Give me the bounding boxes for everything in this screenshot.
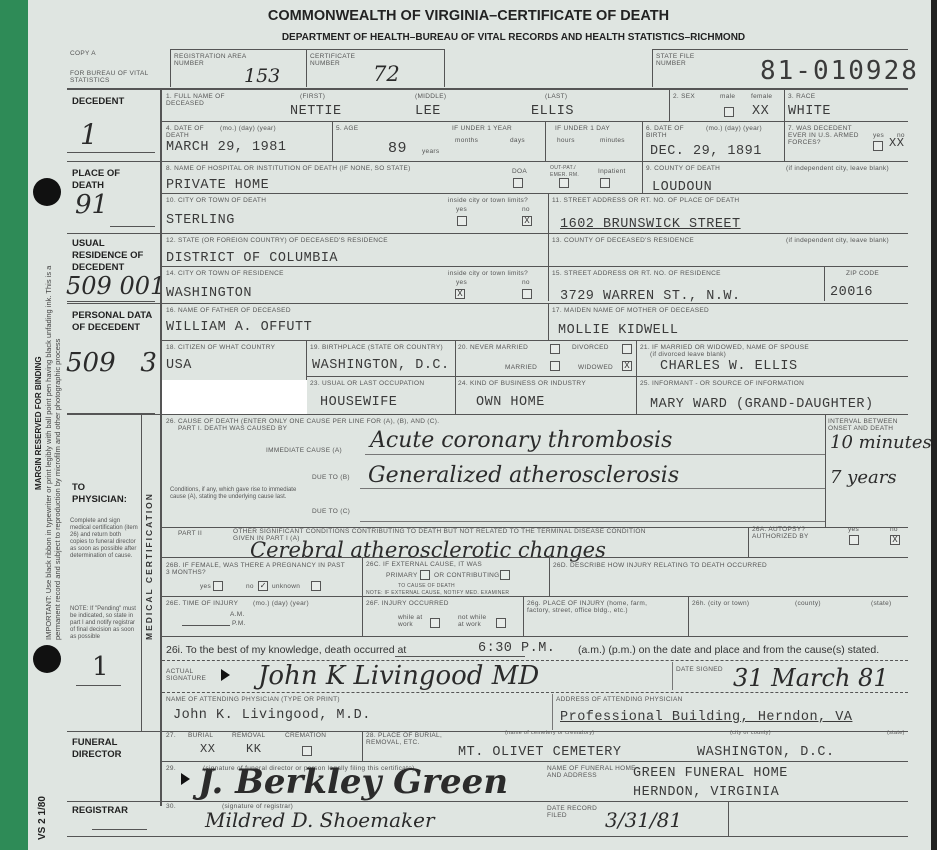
field-5-label: 5. AGE xyxy=(336,125,358,132)
hours-label: hours xyxy=(557,137,575,144)
res-inside-limits-no-checkbox[interactable] xyxy=(522,289,532,299)
conditions-note: Conditions, if any, which gave rise to i… xyxy=(170,487,302,501)
under-year-label: IF UNDER 1 YEAR xyxy=(452,125,512,132)
autopsy-label: 26a. AUTOPSY? AUTHORIZED BY xyxy=(752,526,827,540)
field-13-label: 13. COUNTY OF DECEASED'S RESIDENCE xyxy=(552,237,694,244)
scan-edge xyxy=(931,0,937,850)
injury-state-label: (state) xyxy=(871,600,892,607)
punch-hole xyxy=(33,178,61,206)
removal-label: REMOVAL xyxy=(232,732,265,739)
field-18-label: 18. CITIZEN OF WHAT COUNTRY xyxy=(166,344,275,351)
er-label: Out-pat./ Emer. Rm. xyxy=(550,165,585,179)
cemetery-city-label: (city or county) xyxy=(730,730,771,737)
green-binding-strip xyxy=(0,0,28,850)
director-arrow-icon xyxy=(181,773,190,785)
field-4-label: 4. DATE OF DEATH xyxy=(166,125,226,139)
race-value: WHITE xyxy=(788,104,831,119)
city-of-death: STERLING xyxy=(166,213,235,228)
autopsy-no-checkbox[interactable]: X xyxy=(890,535,900,545)
informant: MARY WARD (GRAND-DAUGHTER) xyxy=(650,397,874,412)
field-29-label: 29. xyxy=(166,765,176,772)
res-limits-yes-label: yes xyxy=(456,279,467,286)
female-label: female xyxy=(751,93,772,100)
death-limits-no-label: no xyxy=(522,206,530,213)
pending-note: NOTE: If "Pending" must be indicated, so… xyxy=(70,606,140,641)
burial-mark[interactable]: XX xyxy=(200,742,215,756)
section-usual-residence: USUAL RESIDENCE OF DECEDENT xyxy=(72,238,157,274)
section-place-of-death: PLACE OF DEATH xyxy=(72,168,152,192)
doa-label: DOA xyxy=(512,168,527,175)
date-of-death-parts: (mo.) (day) (year) xyxy=(220,125,276,132)
field-14-label: 14. CITY OR TOWN OF RESIDENCE xyxy=(166,270,284,277)
pregnancy-label: 26b. IF FEMALE, WAS THERE A PREGNANCY IN… xyxy=(166,562,346,576)
margin-code-personal: 509 3 xyxy=(66,348,157,378)
divorced-label: DIVORCED xyxy=(572,344,609,351)
death-time-prefix: 26i. To the best of my knowledge, death … xyxy=(166,644,406,656)
important-note: IMPORTANT: Use black ribbon in typewrite… xyxy=(44,230,62,640)
street-of-death: 1602 BRUNSWICK STREET xyxy=(560,217,741,232)
field-23-label: 23. USUAL OR LAST OCCUPATION xyxy=(310,380,424,387)
field-28-label: 28. PLACE OF BURIAL, REMOVAL, ETC. xyxy=(366,732,446,746)
binding-note: MARGIN RESERVED FOR BINDING xyxy=(34,356,43,490)
armed-yes-label: yes xyxy=(873,132,884,139)
field-6-label: 6. DATE OF BIRTH xyxy=(646,125,696,139)
divorced-checkbox[interactable] xyxy=(622,344,632,354)
mother-maiden-name: MOLLIE KIDWELL xyxy=(558,323,678,338)
inside-limits-label: inside city or town limits? xyxy=(448,197,528,204)
field-27-label: 27. xyxy=(166,732,176,739)
father-name: WILLIAM A. OFFUTT xyxy=(166,320,312,335)
physician-name-label: NAME OF ATTENDING PHYSICIAN (Type or Pri… xyxy=(166,696,340,703)
days-label: days xyxy=(510,137,525,144)
due-to-b-label: DUE TO (B) xyxy=(312,474,350,481)
inpatient-checkbox[interactable] xyxy=(600,178,610,188)
field-8-label: 8. NAME OF HOSPITAL OR INSTITUTION OF DE… xyxy=(166,165,411,172)
while-at-work-checkbox[interactable] xyxy=(430,618,440,628)
time-of-injury-label: 26e. TIME OF INJURY xyxy=(166,600,238,607)
cemetery-label: (name of cemetery or crematory) xyxy=(505,730,594,737)
widowed-checkbox[interactable]: X xyxy=(622,361,632,371)
due-to-c-label: DUE TO (C) xyxy=(312,508,350,515)
field-7-label: 7. WAS DECEDENT EVER IN U.S. ARMED FORCE… xyxy=(788,125,866,146)
field-9-label: 9. COUNTY OF DEATH xyxy=(646,165,720,172)
decedent-first-name: NETTIE xyxy=(290,104,342,119)
cremation-label: CREMATION xyxy=(285,732,326,739)
field-21-note: (if divorced leave blank) xyxy=(650,351,726,358)
armed-forces-no-mark[interactable]: XX xyxy=(889,136,904,150)
autopsy-yes-label: yes xyxy=(848,526,859,533)
armed-forces-yes-checkbox[interactable] xyxy=(873,141,883,151)
contributing-checkbox[interactable] xyxy=(500,570,510,580)
field-3-label: 3. RACE xyxy=(788,93,815,100)
doa-checkbox[interactable] xyxy=(513,178,523,188)
sex-female-mark[interactable]: XX xyxy=(752,104,769,119)
field-25-label: 25. INFORMANT - OR SOURCE OF INFORMATION xyxy=(640,380,804,387)
cemetery-city: WASHINGTON, D.C. xyxy=(697,745,835,760)
part-1-label: PART I. DEATH WAS CAUSED BY xyxy=(178,425,287,432)
place-of-injury-label: 26g. PLACE OF INJURY (home, farm, factor… xyxy=(527,600,657,614)
injury-occurred-label: 26f. INJURY OCCURRED xyxy=(366,600,449,607)
section-to-physician: TO PHYSICIAN: xyxy=(72,482,132,506)
autopsy-no-label: no xyxy=(890,526,898,533)
cemetery-state-label: (state) xyxy=(887,730,905,737)
margin-code-decedent: 1 xyxy=(80,118,98,151)
margin-code-residence: 509 001 xyxy=(66,272,165,300)
date-filed: 3/31/81 xyxy=(605,808,682,832)
cemetery-name: MT. OLIVET CEMETERY xyxy=(458,745,621,760)
male-label: male xyxy=(720,93,735,100)
bureau-label: FOR BUREAU OF VITAL STATISTICS xyxy=(70,70,160,84)
zip-code: 20016 xyxy=(830,285,873,300)
occupation: HOUSEWIFE xyxy=(320,395,397,410)
street-of-residence: 3729 WARREN ST., N.W. xyxy=(560,289,741,304)
not-while-at-work-label: not while at work xyxy=(458,614,493,628)
field-13-note: (if independent city, leave blank) xyxy=(786,237,889,244)
injury-city-label: 26h. (city or town) xyxy=(692,600,749,607)
pregnancy-unknown-checkbox[interactable] xyxy=(311,581,321,591)
field-2-label: 2. SEX xyxy=(673,93,695,100)
funeral-home-name: GREEN FUNERAL HOME xyxy=(633,766,788,781)
months-label: months xyxy=(455,137,478,144)
field-24-label: 24. KIND OF BUSINESS OR INDUSTRY xyxy=(458,380,586,387)
res-inside-limits-yes-checkbox[interactable]: X xyxy=(455,289,465,299)
middle-name-label: (middle) xyxy=(415,93,446,100)
field-16-label: 16. NAME OF FATHER OF DECEASED xyxy=(166,307,291,314)
field-10-label: 10. CITY OR TOWN OF DEATH xyxy=(166,197,266,204)
field-15-label: 15. STREET ADDRESS OR RT. NO. OF RESIDEN… xyxy=(552,270,721,277)
under-day-label: IF UNDER 1 DAY xyxy=(555,125,610,132)
pm-label: P.M. xyxy=(232,620,246,627)
date-of-birth: DEC. 29, 1891 xyxy=(650,144,762,159)
autopsy-yes-checkbox[interactable] xyxy=(849,535,859,545)
death-certificate: MARGIN RESERVED FOR BINDING IMPORTANT: U… xyxy=(0,0,937,850)
time-of-injury-parts: (mo.) (day) (year) xyxy=(253,600,309,607)
medical-certification-label: MEDICAL CERTIFICATION xyxy=(144,492,154,640)
age-value: 89 xyxy=(388,140,407,157)
pregnancy-unknown-label: unknown xyxy=(272,583,300,590)
date-filed-label: DATE RECORD FILED xyxy=(547,805,607,819)
funeral-home-address: HERNDON, VIRGINIA xyxy=(633,785,779,800)
date-signed-label: DATE SIGNED xyxy=(676,666,723,673)
res-limits-no-label: no xyxy=(522,279,530,286)
primary-label: PRIMARY xyxy=(386,572,418,579)
pregnancy-yes-label: yes xyxy=(200,583,211,590)
field-11-label: 11. STREET ADDRESS OR RT. NO. OF PLACE O… xyxy=(552,197,739,204)
zip-code-label: ZIP CODE xyxy=(846,270,879,277)
due-to-b-cause: Generalized atherosclerosis xyxy=(368,463,679,488)
field-19-label: 19. BIRTHPLACE (state or country) xyxy=(310,344,443,351)
section-personal-data: PERSONAL DATA OF DECEDENT xyxy=(72,310,152,334)
pregnancy-no-label: no xyxy=(246,583,254,590)
certificate-subtitle: DEPARTMENT OF HEALTH–BUREAU OF VITAL REC… xyxy=(0,32,937,43)
decedent-middle-name: LEE xyxy=(415,104,441,119)
section-registrar: REGISTRAR xyxy=(72,805,128,817)
minutes-label: minutes xyxy=(600,137,625,144)
dob-parts: (mo.) (day) (year) xyxy=(706,125,762,132)
interval-a: 10 minutes xyxy=(830,432,932,453)
form-code: VS 2 1/80 xyxy=(37,796,48,840)
to-cause-label: TO CAUSE OF DEATH xyxy=(398,583,455,590)
never-married-checkbox[interactable] xyxy=(550,344,560,354)
field-30-label: 30. xyxy=(166,803,176,810)
redacted-field-22 xyxy=(162,380,307,415)
while-at-work-label: while at work xyxy=(398,614,428,628)
margin-code-place: 91 xyxy=(75,190,108,220)
not-while-at-work-checkbox[interactable] xyxy=(496,618,506,628)
physician-instructions: Complete and sign medical certification … xyxy=(70,518,140,560)
margin-code-physician: 1 xyxy=(92,652,109,682)
cremation-checkbox[interactable] xyxy=(302,746,312,756)
sex-male-checkbox[interactable] xyxy=(724,107,734,117)
section-funeral-director: FUNERAL DIRECTOR xyxy=(72,737,142,761)
certificate-number-label: CERTIFICATE NUMBER xyxy=(310,53,370,67)
external-cause-label: 26c. IF EXTERNAL CAUSE, IT WAS xyxy=(366,561,482,568)
physician-signature: John K Livingood MD xyxy=(258,661,539,691)
date-of-death: MARCH 29, 1981 xyxy=(166,140,286,155)
signature-arrow-icon xyxy=(221,669,230,681)
punch-hole xyxy=(33,645,61,673)
funeral-home-label: NAME OF FUNERAL HOME AND ADDRESS xyxy=(547,765,637,779)
injury-county-label: (county) xyxy=(795,600,821,607)
field-21-label: 21. IF MARRIED OR WIDOWED, NAME OF SPOUS… xyxy=(640,344,809,351)
death-inside-limits-no-checkbox[interactable]: X xyxy=(522,216,532,226)
funeral-director-signature: J. Berkley Green xyxy=(198,762,508,802)
res-inside-limits-label: inside city or town limits? xyxy=(448,270,528,277)
married-checkbox[interactable] xyxy=(550,361,560,371)
physician-address: Professional Building, Herndon, VA xyxy=(560,710,852,725)
industry: OWN HOME xyxy=(476,395,545,410)
registration-area-number: 153 xyxy=(244,65,280,87)
city-of-residence: WASHINGTON xyxy=(166,286,252,301)
physician-address-label: ADDRESS OF ATTENDING PHYSICIAN xyxy=(556,696,683,703)
institution-value: PRIVATE HOME xyxy=(166,178,269,193)
contributing-label: or CONTRIBUTING xyxy=(434,572,500,579)
date-signed: 31 March 81 xyxy=(733,664,889,692)
death-time-suffix: (a.m.) (p.m.) on the date and place and … xyxy=(578,644,879,656)
er-checkbox[interactable] xyxy=(559,178,569,188)
death-limits-yes-label: yes xyxy=(456,206,467,213)
last-name-label: (last) xyxy=(545,93,567,100)
years-label: years xyxy=(422,148,439,155)
registrar-signature: Mildred D. Shoemaker xyxy=(205,808,435,832)
certificate-number: 72 xyxy=(373,62,400,86)
immediate-cause-label: IMMEDIATE CAUSE (A) xyxy=(266,447,342,454)
injury-description-label: 26d. DESCRIBE HOW INJURY RELATING TO DEA… xyxy=(553,562,767,569)
first-name-label: (first) xyxy=(300,93,325,100)
field-20-label: 20. NEVER MARRIED xyxy=(458,344,528,351)
state-file-number: 81-010928 xyxy=(760,56,919,86)
decedent-last-name: ELLIS xyxy=(531,104,574,119)
citizen-country: USA xyxy=(166,358,192,373)
spouse-name: CHARLES W. ELLIS xyxy=(660,359,798,374)
pregnancy-no-checkbox[interactable]: ✓ xyxy=(258,581,268,591)
field-17-label: 17. MAIDEN NAME OF MOTHER OF DECEASED xyxy=(552,307,709,314)
burial-label: BURIAL xyxy=(188,732,213,739)
field-1-label: 1. FULL NAME OF DECEASED xyxy=(166,93,256,107)
death-inside-limits-yes-checkbox[interactable] xyxy=(457,216,467,226)
primary-checkbox[interactable] xyxy=(420,570,430,580)
interval-b: 7 years xyxy=(830,467,897,488)
time-of-death: 6:30 P.M. xyxy=(478,641,555,656)
certificate-title: COMMONWEALTH OF VIRGINIA–CERTIFICATE OF … xyxy=(0,8,937,24)
section-decedent: DECEDENT xyxy=(72,96,124,108)
birthplace: WASHINGTON, D.C. xyxy=(312,358,450,373)
inpatient-label: Inpatient xyxy=(598,168,626,175)
immediate-cause: Acute coronary thrombosis xyxy=(370,428,672,453)
field-12-label: 12. STATE (OR FOREIGN COUNTRY) OF DECEAS… xyxy=(166,237,388,244)
part-2-label: PART II xyxy=(178,530,202,537)
copy-label: COPY A xyxy=(70,50,96,57)
registration-area-label: REGISTRATION AREA NUMBER xyxy=(174,53,254,67)
am-label: A.M. xyxy=(230,611,245,618)
removal-mark[interactable]: KK xyxy=(246,742,261,756)
actual-signature-label: ACTUAL SIGNATURE xyxy=(166,668,211,682)
field-26-label: 26. CAUSE OF DEATH (Enter only one cause… xyxy=(166,418,439,425)
physician-name: John K. Livingood, M.D. xyxy=(173,708,371,723)
state-file-number-label: STATE FILE NUMBER xyxy=(656,53,716,67)
state-of-residence: DISTRICT OF COLUMBIA xyxy=(166,251,338,266)
field-9-note: (if independent city, leave blank) xyxy=(786,165,889,172)
interval-label: INTERVAL BETWEEN ONSET AND DEATH xyxy=(828,418,908,432)
widowed-label: WIDOWED xyxy=(578,364,613,371)
part-2-conditions: Cerebral atherosclerotic changes xyxy=(250,538,606,562)
married-label: MARRIED xyxy=(505,364,537,371)
pregnancy-yes-checkbox[interactable] xyxy=(213,581,223,591)
